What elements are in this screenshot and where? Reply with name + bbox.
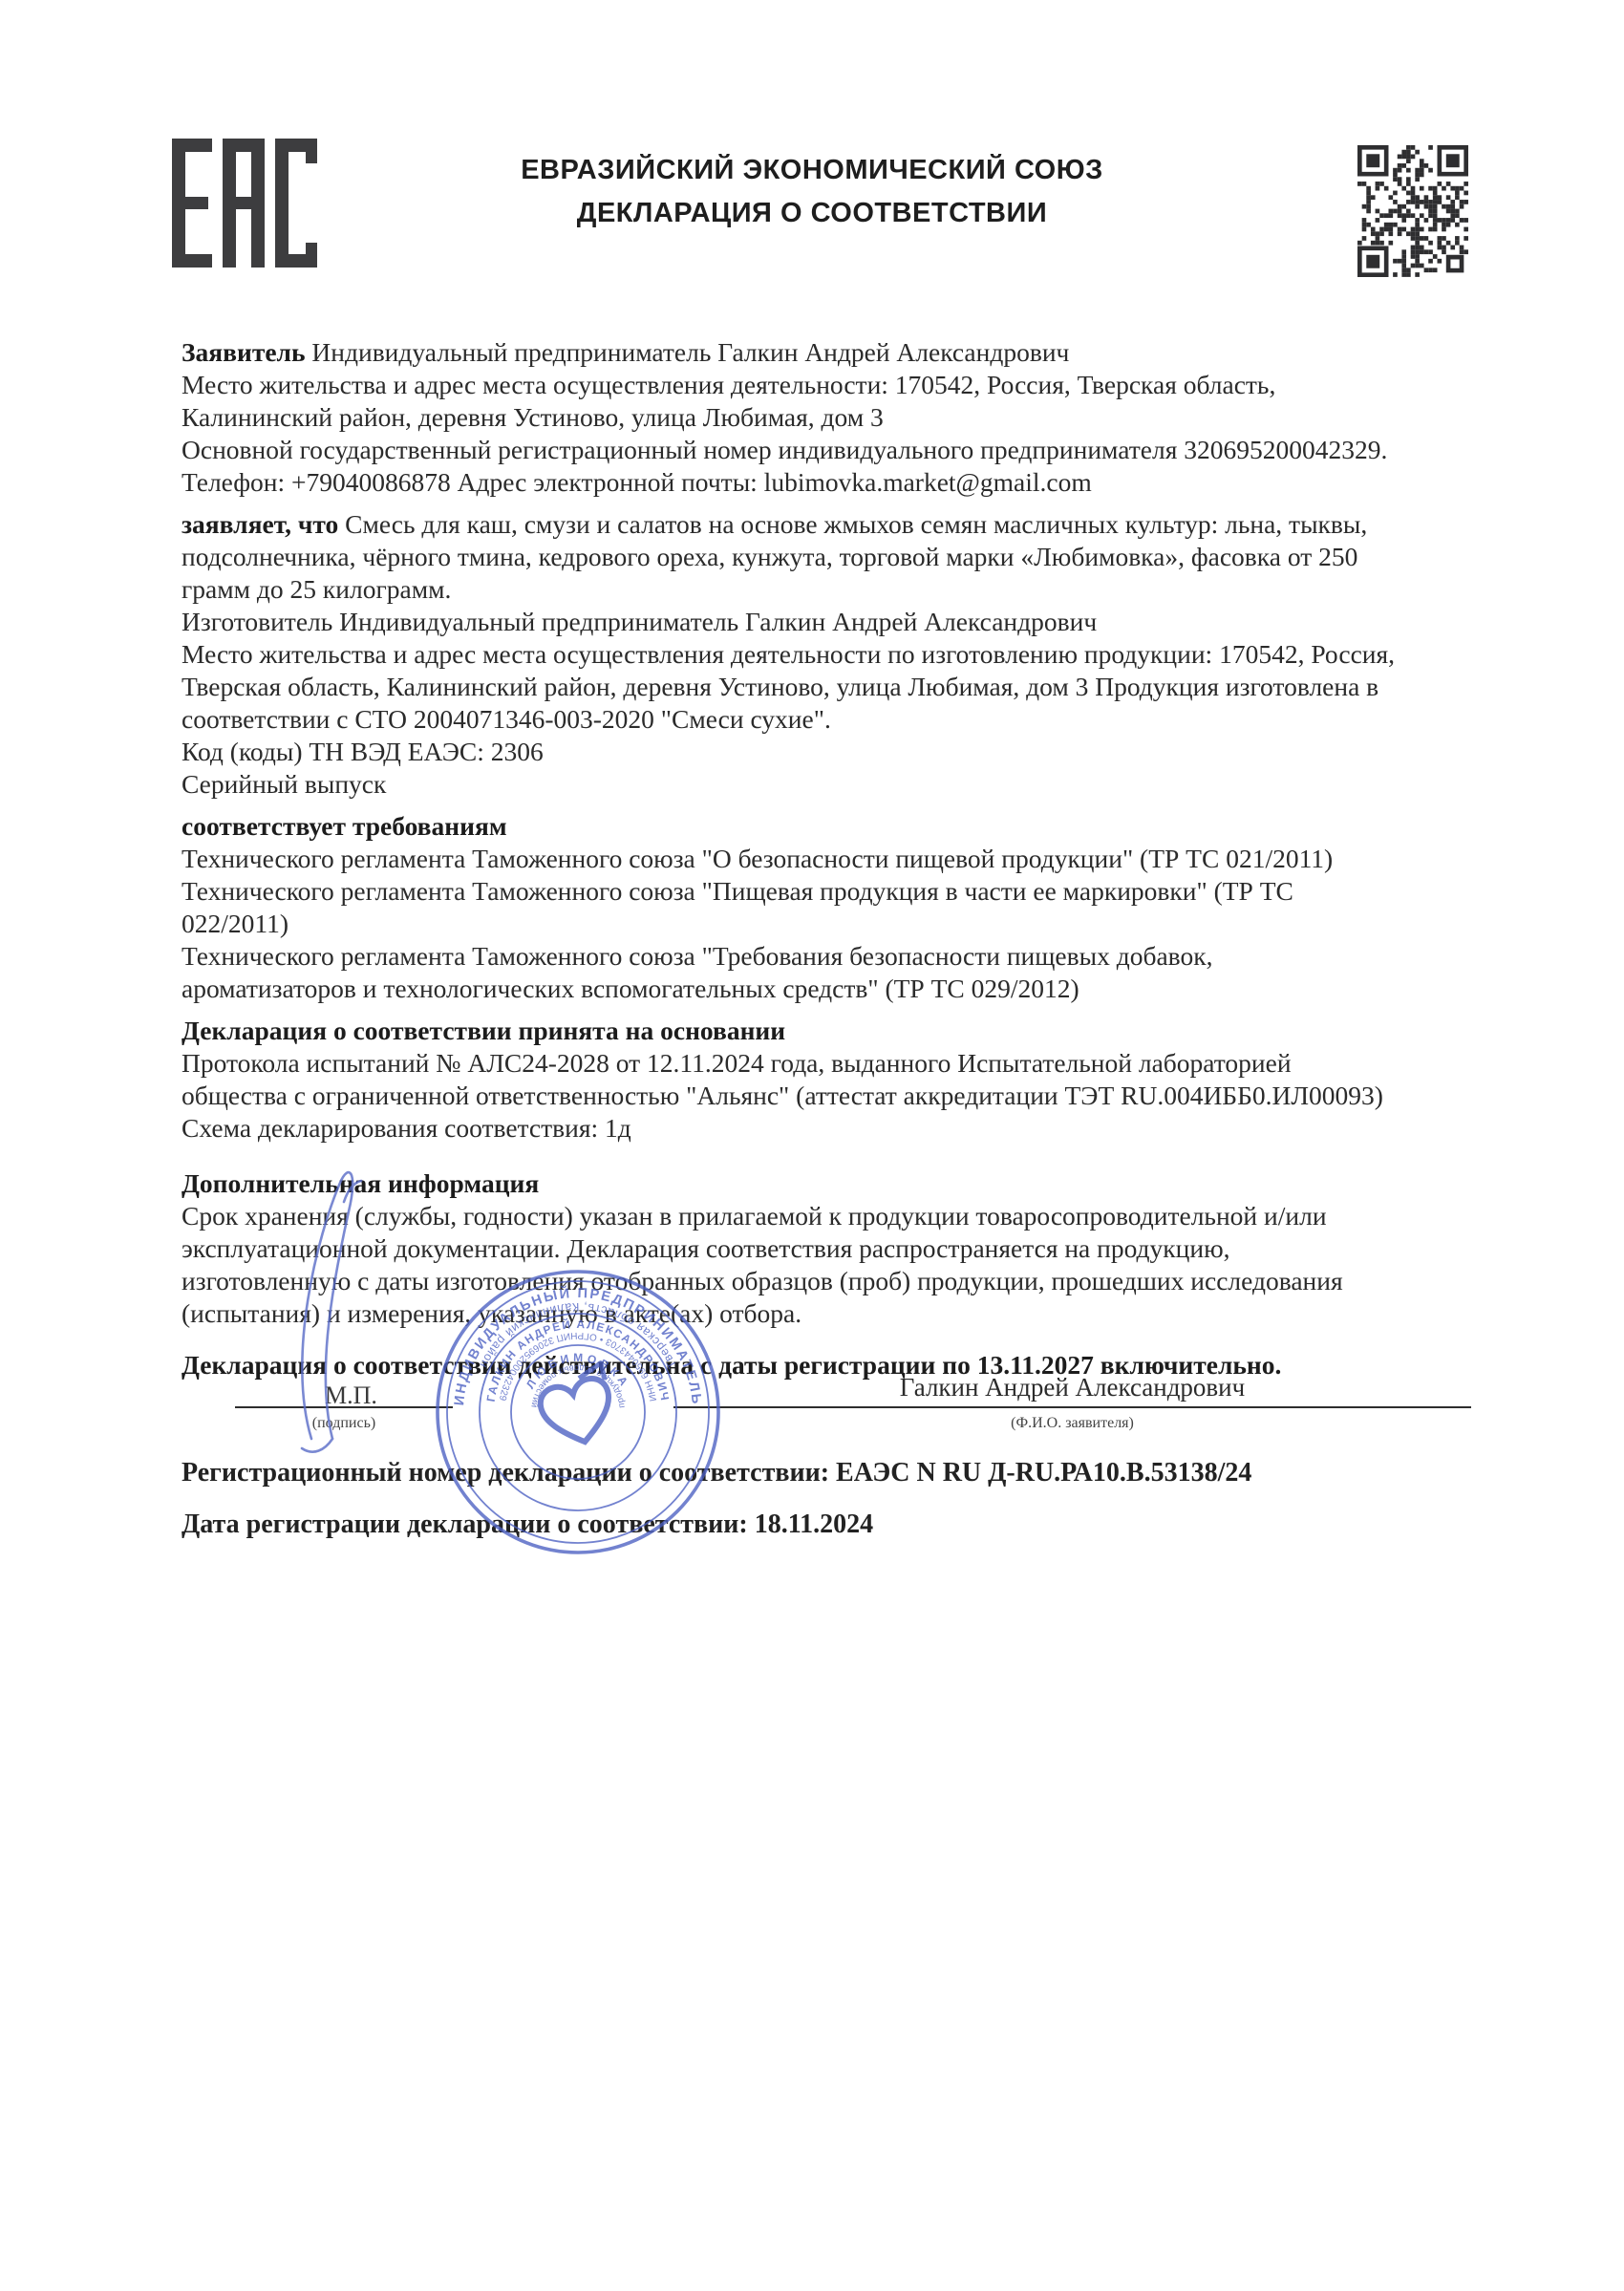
doc-line: ароматизаторов и технологических вспомог…: [182, 973, 1485, 1005]
doc-line: заявляет, что Смесь для каш, смузи и сал…: [182, 508, 1485, 541]
doc-line: 022/2011): [182, 908, 1485, 940]
doc-line: Основной государственный регистрационный…: [182, 434, 1485, 466]
eac-logo: [172, 139, 317, 272]
doc-line: грамм до 25 килограмм.: [182, 573, 1485, 606]
doc-line: Серийный выпуск: [182, 768, 1485, 801]
doc-line: Технического регламента Таможенного союз…: [182, 940, 1485, 973]
doc-line: Технического регламента Таможенного союз…: [182, 843, 1485, 875]
doc-line: Декларация о соответствии принята на осн…: [182, 1015, 1485, 1047]
title-line-1: ЕВРАЗИЙСКИЙ ЭКОНОМИЧЕСКИЙ СОЮЗ: [315, 149, 1309, 192]
doc-line: Изготовитель Индивидуальный предпринимат…: [182, 606, 1485, 638]
doc-line: Место жительства и адрес места осуществл…: [182, 369, 1485, 401]
fio-line: [673, 1406, 1471, 1408]
doc-line: Технического регламента Таможенного союз…: [182, 875, 1485, 908]
fio-caption: (Ф.И.О. заявителя): [673, 1415, 1471, 1432]
doc-line: Место жительства и адрес места осуществл…: [182, 638, 1485, 671]
doc-line: Протокола испытаний № АЛС24-2028 от 12.1…: [182, 1047, 1485, 1080]
applicant-name: Галкин Андрей Александрович: [673, 1373, 1471, 1402]
doc-line: Заявитель Индивидуальный предприниматель…: [182, 336, 1485, 369]
doc-line: Телефон: +79040086878 Адрес электронной …: [182, 466, 1485, 499]
doc-line: общества с ограниченной ответственностью…: [182, 1080, 1485, 1112]
company-stamp: ИНДИВИДУАЛЬНЫЙ ПРЕДПРИНИМАТЕЛЬ Тверская …: [435, 1269, 721, 1560]
doc-line: Код (коды) ТН ВЭД ЕАЭС: 2306: [182, 736, 1485, 768]
doc-line: соответствует требованиям: [182, 810, 1485, 843]
document-title: ЕВРАЗИЙСКИЙ ЭКОНОМИЧЕСКИЙ СОЮЗ ДЕКЛАРАЦИ…: [315, 149, 1309, 235]
declaration-page: ЕВРАЗИЙСКИЙ ЭКОНОМИЧЕСКИЙ СОЮЗ ДЕКЛАРАЦИ…: [0, 0, 1624, 2291]
doc-line: Тверская область, Калининский район, дер…: [182, 671, 1485, 703]
doc-line: Схема декларирования соответствия: 1д: [182, 1112, 1485, 1145]
doc-line: Калининский район, деревня Устиново, ули…: [182, 401, 1485, 434]
doc-line: подсолнечника, чёрного тмина, кедрового …: [182, 541, 1485, 573]
qr-code-icon: [1357, 145, 1468, 282]
title-line-2: ДЕКЛАРАЦИЯ О СООТВЕТСТВИИ: [315, 192, 1309, 235]
doc-line: соответствии с СТО 2004071346-003-2020 "…: [182, 703, 1485, 736]
